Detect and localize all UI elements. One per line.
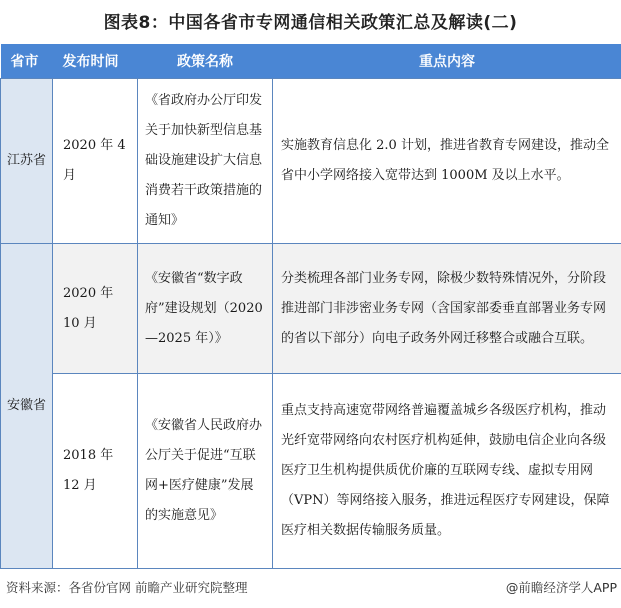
date-cell: 2018 年 12 月: [53, 374, 138, 569]
province-text: 安徽省: [7, 390, 46, 422]
date-text: 2020 年 4 月: [63, 131, 127, 191]
policy-table: 省市 发布时间 政策名称 重点内容 江苏省 2020 年 4 月 《省政府办公厅…: [0, 44, 621, 569]
key-content-text: 实施教育信息化 2.0 计划，推进省教育专网建设，推动全省中小学网络接入宽带达到…: [281, 131, 613, 191]
table-row: 2018 年 12 月 《安徽省人民政府办公厅关于促进“互联网+医疗健康”发展的…: [1, 374, 621, 569]
key-content-cell: 实施教育信息化 2.0 计划，推进省教育专网建设，推动全省中小学网络接入宽带达到…: [273, 79, 621, 244]
policy-name-text: 《安徽省“数字政府”建设规划（2020—2025 年）》: [145, 264, 265, 354]
table-row: 安徽省 2020 年 10 月 《安徽省“数字政府”建设规划（2020—2025…: [1, 244, 621, 374]
policy-name-cell: 《省政府办公厅印发关于加快新型信息基础设施建设扩大信息消费若干政策措施的通知》: [138, 79, 273, 244]
table-header-row: 省市 发布时间 政策名称 重点内容: [1, 44, 621, 79]
date-text: 2018 年 12 月: [63, 441, 127, 501]
header-province: 省市: [1, 44, 53, 79]
figure-title: 图表8：中国各省市专网通信相关政策汇总及解读(二): [0, 8, 621, 33]
header-policy-name: 政策名称: [138, 44, 273, 79]
policy-name-cell: 《安徽省“数字政府”建设规划（2020—2025 年）》: [138, 244, 273, 374]
key-content-text: 分类梳理各部门业务专网，除极少数特殊情况外，分阶段推进部门非涉密业务专网（含国家…: [281, 264, 613, 354]
date-cell: 2020 年 4 月: [53, 79, 138, 244]
province-text: 江苏省: [7, 145, 46, 177]
credit-note: @前瞻经济学人APP: [506, 578, 617, 596]
policy-name-text: 《安徽省人民政府办公厅关于促进“互联网+医疗健康”发展的实施意见》: [145, 411, 265, 531]
key-content-text: 重点支持高速宽带网络普遍覆盖城乡各级医疗机构，推动光纤宽带网络向农村医疗机构延伸…: [281, 396, 613, 546]
table-row: 江苏省 2020 年 4 月 《省政府办公厅印发关于加快新型信息基础设施建设扩大…: [1, 79, 621, 244]
header-date: 发布时间: [53, 44, 138, 79]
date-cell: 2020 年 10 月: [53, 244, 138, 374]
key-content-cell: 分类梳理各部门业务专网，除极少数特殊情况外，分阶段推进部门非涉密业务专网（含国家…: [273, 244, 621, 374]
policy-name-cell: 《安徽省人民政府办公厅关于促进“互联网+医疗健康”发展的实施意见》: [138, 374, 273, 569]
key-content-cell: 重点支持高速宽带网络普遍覆盖城乡各级医疗机构，推动光纤宽带网络向农村医疗机构延伸…: [273, 374, 621, 569]
province-cell: 江苏省: [1, 79, 53, 244]
date-text: 2020 年 10 月: [63, 279, 127, 339]
header-key-content: 重点内容: [273, 44, 621, 79]
province-cell: 安徽省: [1, 244, 53, 569]
policy-name-text: 《省政府办公厅印发关于加快新型信息基础设施建设扩大信息消费若干政策措施的通知》: [145, 86, 265, 236]
source-note: 资料来源：各省份官网 前瞻产业研究院整理: [6, 578, 247, 596]
